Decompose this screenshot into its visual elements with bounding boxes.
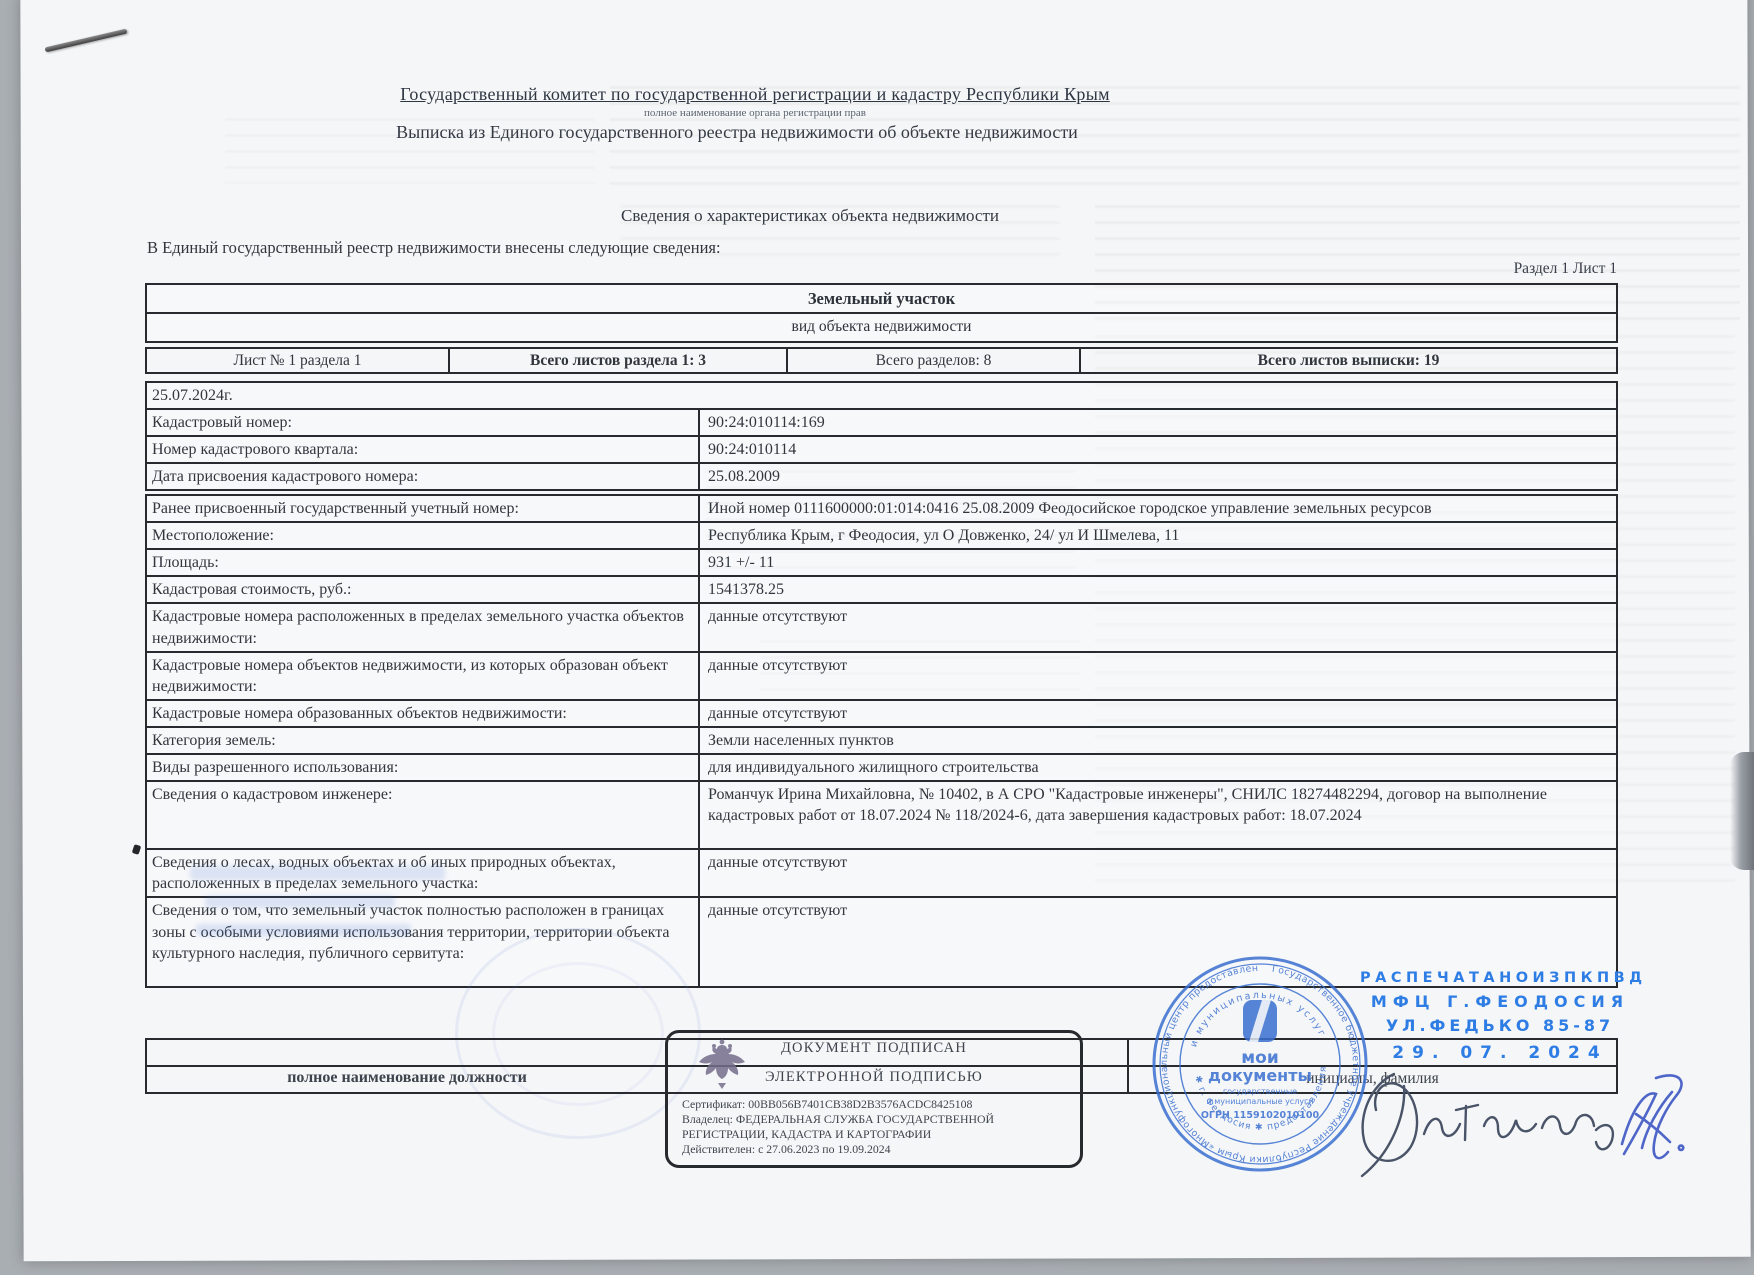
- mydocs-round-stamp-icon: Государственное бюджетное учреждение Рес…: [1146, 950, 1374, 1178]
- sheet-info-cell: Всего разделов: 8: [788, 349, 1081, 372]
- record-date: 25.07.2024г.: [147, 383, 1616, 408]
- table-row: Номер кадастрового квартала:90:24:010114: [147, 435, 1616, 462]
- table-row: Дата присвоения кадастрового номера:25.0…: [147, 462, 1616, 489]
- row-value: данные отсутствуют: [700, 653, 1616, 699]
- section-sheet-ref: Раздел 1 Лист 1: [1345, 260, 1617, 278]
- stamp-sub-2: и муниципальные услуги: [1207, 1097, 1314, 1106]
- table-row: Кадастровые номера расположенных в преде…: [147, 602, 1616, 650]
- esign-cert: Сертификат: 00BB056B7401CB38D2B3576ACDC8…: [682, 1097, 1074, 1112]
- table-row: Кадастровые номера объектов недвижимости…: [147, 651, 1616, 699]
- object-kind-caption-row: вид объекта недвижимости: [147, 312, 1616, 341]
- doc-title: Выписка из Единого государственного реес…: [0, 122, 1474, 143]
- table-row: Ранее присвоенный государственный учетны…: [147, 496, 1616, 521]
- sheet-info-cell: Всего листов раздела 1: 3: [450, 349, 788, 372]
- mfc-stamp-line: РАСПЕЧАТАНОИЗПКПВД: [1360, 970, 1640, 986]
- handwritten-signature: [1350, 1052, 1690, 1202]
- row-label: Кадастровые номера расположенных в преде…: [147, 604, 700, 650]
- row-label: Кадастровый номер:: [147, 410, 700, 435]
- row-label: Кадастровые номера образованных объектов…: [147, 701, 700, 726]
- esign-owner: Владелец: ФЕДЕРАЛЬНАЯ СЛУЖБА ГОСУДАРСТВЕ…: [682, 1112, 1074, 1142]
- sheet-info-cell: Лист № 1 раздела 1: [147, 349, 450, 372]
- table-row: Кадастровая стоимость, руб.:1541378.25: [147, 575, 1616, 602]
- table-row: Кадастровый номер:90:24:010114:169: [147, 408, 1616, 435]
- row-label: Номер кадастрового квартала:: [147, 437, 700, 462]
- table-row: Категория земель:Земли населенных пункто…: [147, 726, 1616, 753]
- registry-table-1: 25.07.2024г. Кадастровый номер:90:24:010…: [145, 381, 1618, 491]
- sheet-info-bar: Лист № 1 раздела 1 Всего листов раздела …: [145, 347, 1618, 374]
- row-label: Виды разрешенного использования:: [147, 755, 700, 780]
- registry-table-2: Ранее присвоенный государственный учетны…: [145, 494, 1618, 988]
- row-label: Кадастровая стоимость, руб.:: [147, 577, 700, 602]
- esign-box: ДОКУМЕНТ ПОДПИСАН ЭЛЕКТРОННОЙ ПОДПИСЬЮ С…: [665, 1030, 1083, 1168]
- esign-title: ДОКУМЕНТ ПОДПИСАН: [668, 1040, 1080, 1057]
- row-label: Категория земель:: [147, 728, 700, 753]
- row-value: для индивидуального жилищного строительс…: [700, 755, 1616, 780]
- faded-stamp: [190, 866, 445, 880]
- org-name: Государственный комитет по государственн…: [0, 84, 1510, 105]
- object-kind: Земельный участок: [808, 288, 955, 310]
- row-value: 931 +/- 11: [700, 550, 1616, 575]
- faded-stamp: [196, 924, 411, 936]
- row-label: Сведения о кадастровом инженере:: [147, 782, 700, 848]
- faded-stamp: [205, 896, 395, 908]
- sheet-info-cell: Всего листов выписки: 19: [1081, 349, 1616, 372]
- row-value: данные отсутствуют: [700, 701, 1616, 726]
- mfc-stamp-line: УЛ.ФЕДЬКО 85-87: [1360, 1016, 1640, 1035]
- stamp-ogrn: ОГРН 1159102010100: [1201, 1110, 1320, 1121]
- stamp-brand-2: документы: [1208, 1066, 1312, 1085]
- mydocs-logo-icon: [1243, 1000, 1277, 1042]
- intro-text: В Единый государственный реестр недвижим…: [147, 238, 721, 258]
- stamp-sub-1: государственные: [1223, 1087, 1297, 1096]
- date-row: 25.07.2024г.: [147, 383, 1616, 408]
- row-label: Дата присвоения кадастрового номера:: [147, 464, 700, 489]
- org-name-caption: полное наименование органа регистрации п…: [0, 107, 1510, 119]
- table-row: Площадь:931 +/- 11: [147, 548, 1616, 575]
- row-value: данные отсутствуют: [700, 604, 1616, 650]
- mfc-stamp-line: МФЦ Г.ФЕОДОСИЯ: [1360, 992, 1640, 1011]
- table-row: Сведения о кадастровом инженере:Романчук…: [147, 780, 1616, 848]
- object-kind-row: Земельный участок: [147, 285, 1616, 312]
- stamp-brand-1: мои: [1241, 1048, 1279, 1068]
- table-row: Кадастровые номера образованных объектов…: [147, 699, 1616, 726]
- row-value: 25.08.2009: [700, 464, 1616, 489]
- mfc-print-stamp: РАСПЕЧАТАНОИЗПКПВД МФЦ Г.ФЕОДОСИЯ УЛ.ФЕД…: [1360, 970, 1640, 1063]
- object-kind-caption: вид объекта недвижимости: [792, 317, 972, 337]
- row-label: Ранее присвоенный государственный учетны…: [147, 496, 700, 521]
- esign-title2: ЭЛЕКТРОННОЙ ПОДПИСЬЮ: [668, 1069, 1080, 1086]
- row-value: данные отсутствуют: [700, 850, 1616, 896]
- row-value: 90:24:010114:169: [700, 410, 1616, 435]
- table-row: Местоположение:Республика Крым, г Феодос…: [147, 521, 1616, 548]
- row-label: Местоположение:: [147, 523, 700, 548]
- row-label: Кадастровые номера объектов недвижимости…: [147, 653, 700, 699]
- row-label: Площадь:: [147, 550, 700, 575]
- row-value: 1541378.25: [700, 577, 1616, 602]
- esign-validity: Действителен: с 27.06.2023 по 19.09.2024: [682, 1142, 1074, 1157]
- row-value: Иной номер 0111600000:01:014:0416 25.08.…: [700, 496, 1616, 521]
- row-value: Земли населенных пунктов: [700, 728, 1616, 753]
- row-value: 90:24:010114: [700, 437, 1616, 462]
- section-title: Сведения о характеристиках объекта недви…: [0, 206, 1620, 226]
- position-caption: полное наименование должности: [147, 1069, 667, 1087]
- row-value: Республика Крым, г Феодосия, ул О Довжен…: [700, 523, 1616, 548]
- row-value: Романчук Ирина Михайловна, № 10402, в А …: [700, 782, 1616, 848]
- table-row: Виды разрешенного использования:для инди…: [147, 753, 1616, 780]
- object-kind-table: Земельный участок вид объекта недвижимос…: [145, 283, 1618, 343]
- page-curl: [1730, 752, 1754, 870]
